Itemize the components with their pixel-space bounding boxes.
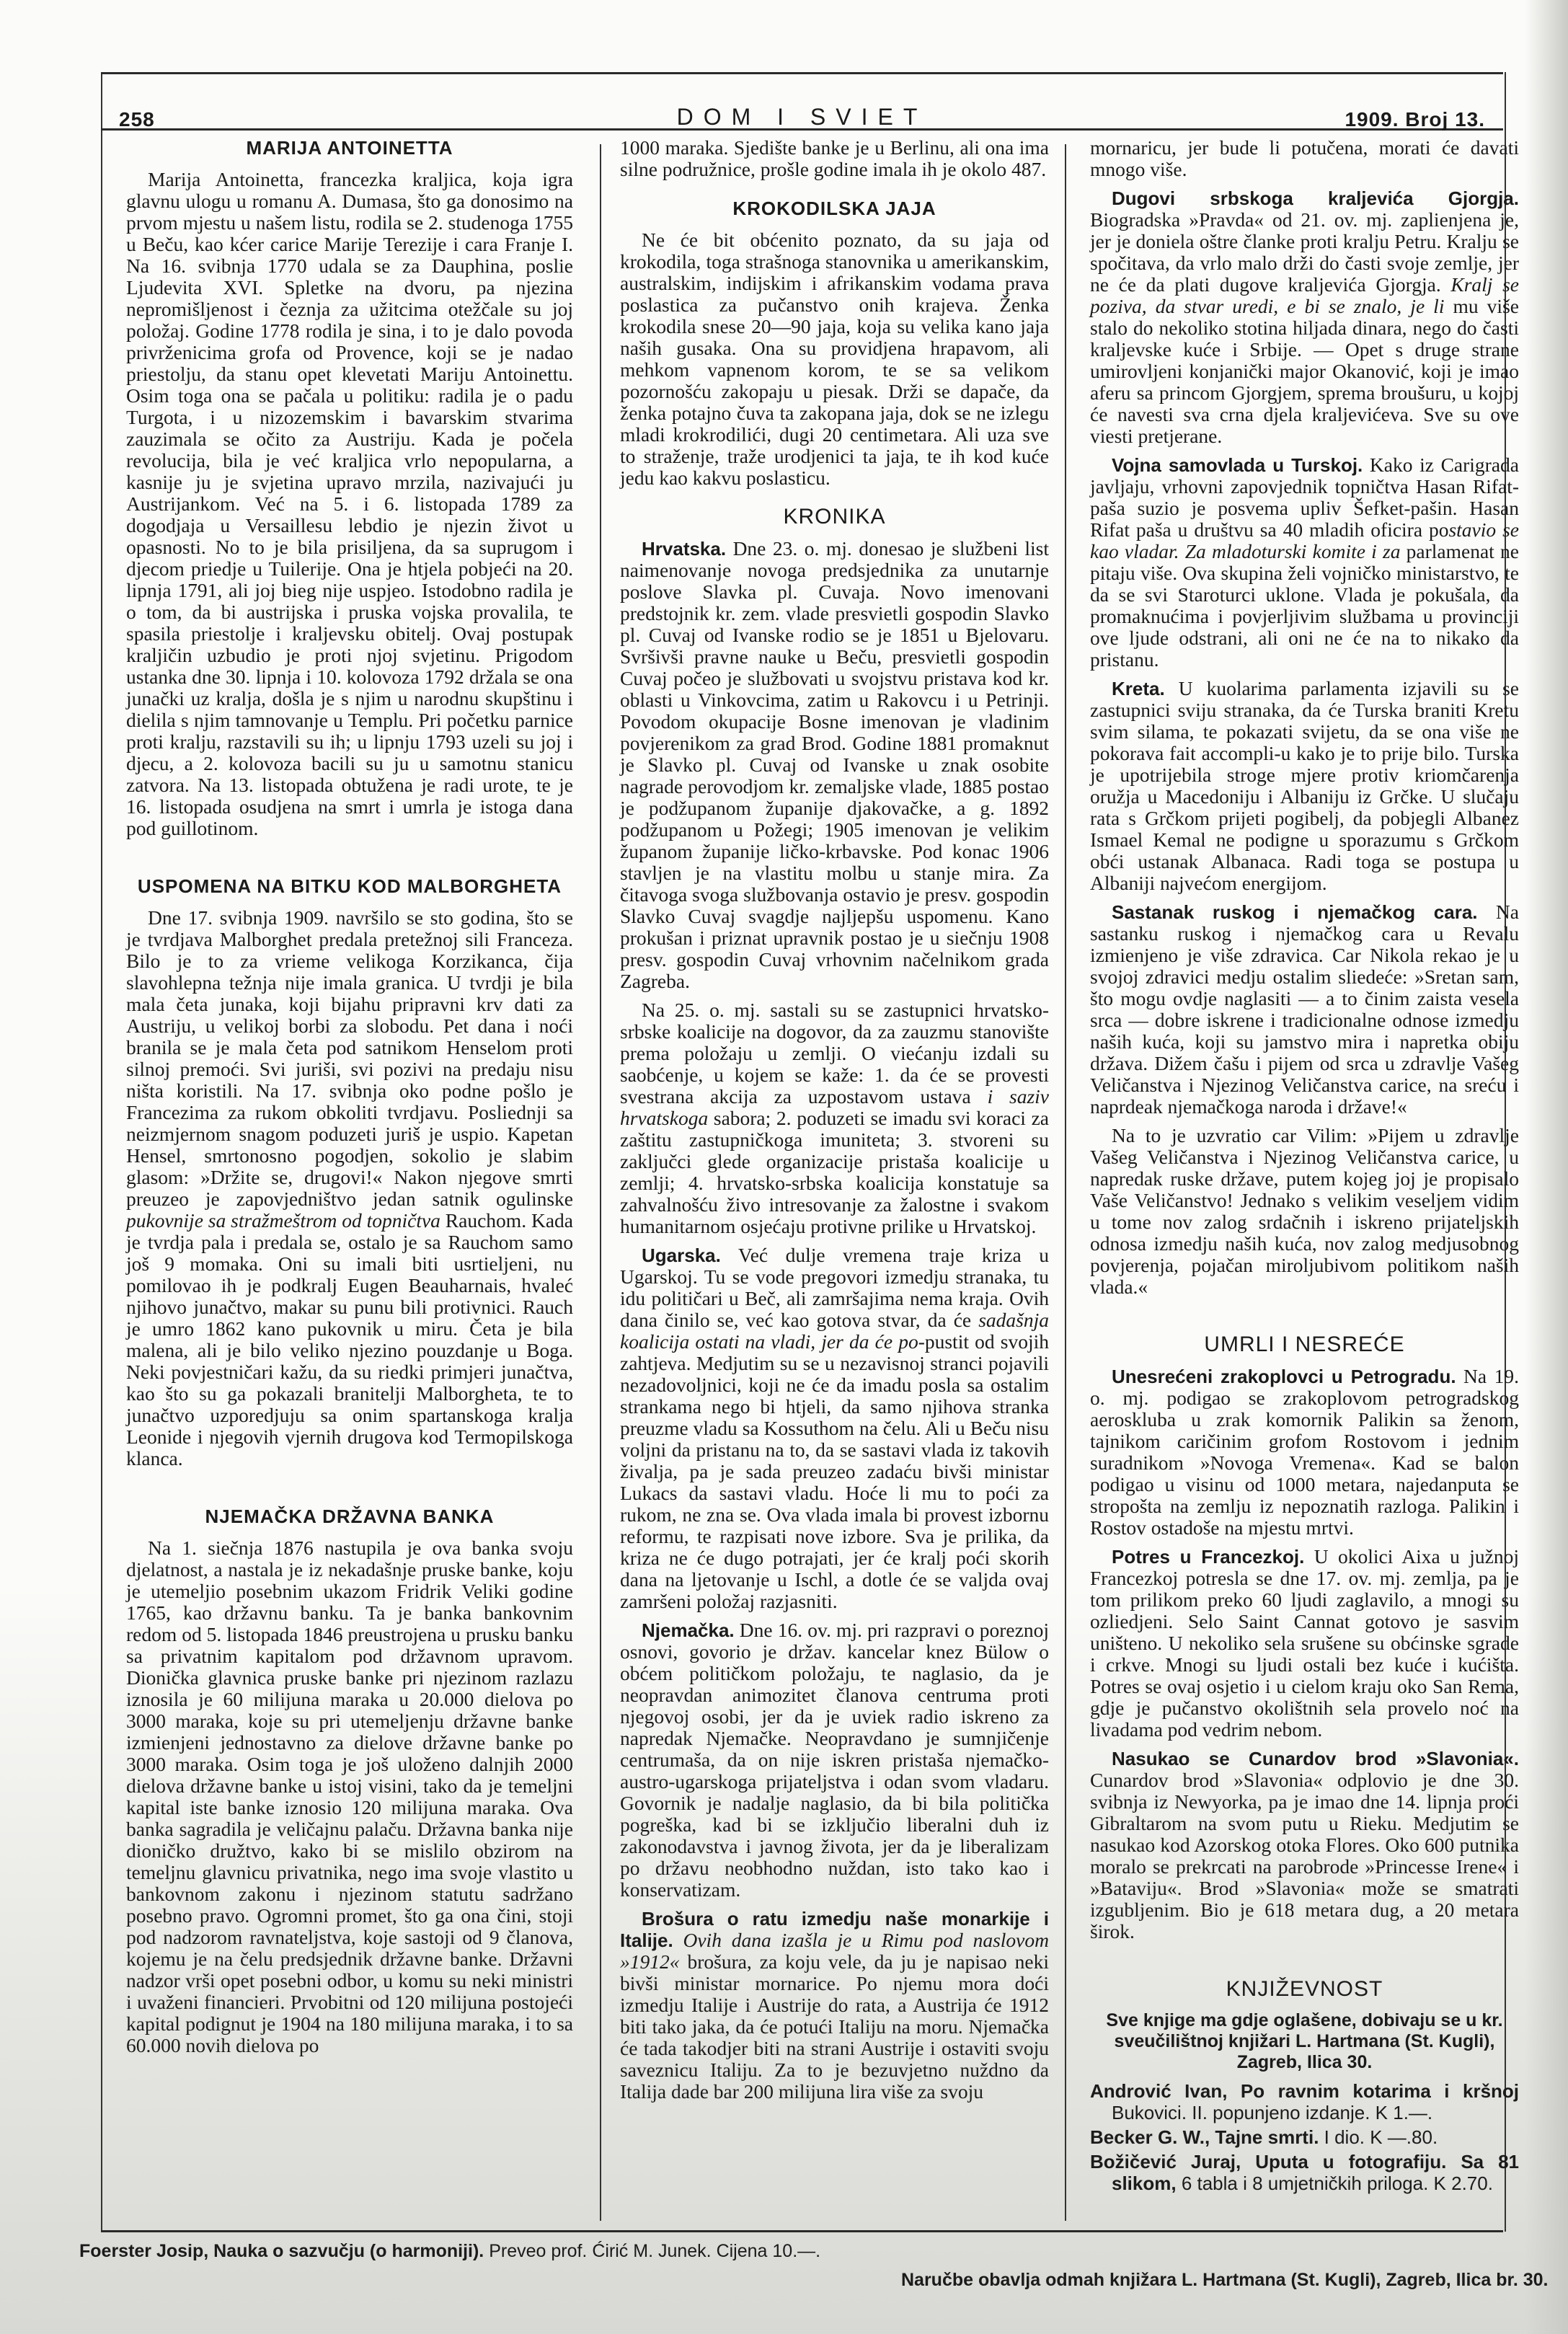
section-title-knjizevnost: KNJIŽEVNOST <box>1090 1979 1519 2000</box>
book-listing: Andrović Ivan, Po ravnim kotarima i kršn… <box>1090 2080 1519 2123</box>
page-header: 258 DOM I SVIET 1909. Broj 13. <box>101 85 1503 128</box>
article-title-njemacka-banka: NJEMAČKA DRŽAVNA BANKA <box>126 1506 573 1527</box>
news-item-ugarska: Ugarska. Već dulje vremena traje kriza u… <box>620 1245 1049 1612</box>
news-item-slavonia: Nasukao se Cunardov brod »Slavonia«. Cun… <box>1090 1748 1519 1942</box>
bottom-rule <box>101 2230 1503 2232</box>
news-item-koalicija: Na 25. o. mj. sastali su se zastupnici h… <box>620 999 1049 1237</box>
bookstore-notice: Sve knjige ma gdje oglašene, dobivaju se… <box>1090 2010 1519 2073</box>
news-item-sastanak: Sastanak ruskog i njemačkog cara. Na sas… <box>1090 901 1519 1118</box>
news-item-hrvatska: Hrvatska. Dne 23. o. mj. donesao je služ… <box>620 538 1049 992</box>
article-body-njemacka-banka: Na 1. siečnja 1876 nastupila je ova bank… <box>126 1537 573 2056</box>
news-item-potres: Potres u Francezkoj. U okolici Aixa u ju… <box>1090 1546 1519 1741</box>
top-rule <box>101 72 1503 74</box>
news-item-vojna-samovlada: Vojna samovlada u Turskoj. Kako iz Carig… <box>1090 454 1519 671</box>
article-title-krokodilska-jaja: KROKODILSKA JAJA <box>620 198 1049 219</box>
magazine-title: DOM I SVIET <box>101 104 1503 131</box>
section-title-umrli: UMRLI I NESREĆE <box>1090 1334 1519 1356</box>
news-item-vilim: Na to je uzvratio car Vilim: »Pijem u zd… <box>1090 1125 1519 1298</box>
news-item-njemacka: Njemačka. Dne 16. ov. mj. pri razpravi o… <box>620 1619 1049 1901</box>
column-divider-2 <box>1065 144 1066 2221</box>
column-1: MARIJA ANTOINETTA Marija Antoinetta, fra… <box>126 137 573 2064</box>
paper-edge-shading <box>1525 0 1568 2334</box>
footer-book-ad: Foerster Josip, Nauka o sazvučju (o harm… <box>79 2241 820 2262</box>
book-listing: Božičević Juraj, Uputa u fotografiju. Sa… <box>1090 2151 1519 2194</box>
column-divider-1 <box>600 144 601 2221</box>
article-title-malborghet: USPOMENA NA BITKU KOD MALBORGHETA <box>126 875 573 897</box>
news-item-dugovi: Dugovi srbskoga kraljevića Gjorgja. Biog… <box>1090 187 1519 447</box>
article-body-banka-continued: 1000 maraka. Sjedište banke je u Berlinu… <box>620 137 1049 180</box>
section-title-kronika: KRONIKA <box>620 506 1049 528</box>
column-3: mornaricu, jer bude li potučena, morati … <box>1090 137 1519 2197</box>
news-item-brosura-continued: mornaricu, jer bude li potučena, morati … <box>1090 137 1519 180</box>
issue-label: 1909. Broj 13. <box>1345 108 1485 131</box>
article-body-marija-antoinetta: Marija Antoinetta, francezka kraljica, k… <box>126 169 573 839</box>
news-item-brosura: Brošura o ratu izmedju naše monarkije i … <box>620 1908 1049 2103</box>
article-title-marija-antoinetta: MARIJA ANTOINETTA <box>126 137 573 159</box>
news-item-kreta: Kreta. U kuolarima parlamenta izjavili s… <box>1090 678 1519 894</box>
footer-orders-notice: Naručbe obavlja odmah knjižara L. Hartma… <box>901 2270 1548 2291</box>
book-listing: Becker G. W., Tajne smrti. I dio. K —.80… <box>1090 2126 1519 2148</box>
article-body-malborghet: Dne 17. svibnja 1909. navršilo se sto go… <box>126 907 573 1469</box>
news-item-zrakoplovci: Unesrećeni zrakoplovci u Petrogradu. Na … <box>1090 1366 1519 1539</box>
column-2: 1000 maraka. Sjedište banke je u Berlinu… <box>620 137 1049 2110</box>
article-body-krokodilska-jaja: Ne će bit obćenito poznato, da su jaja o… <box>620 229 1049 489</box>
